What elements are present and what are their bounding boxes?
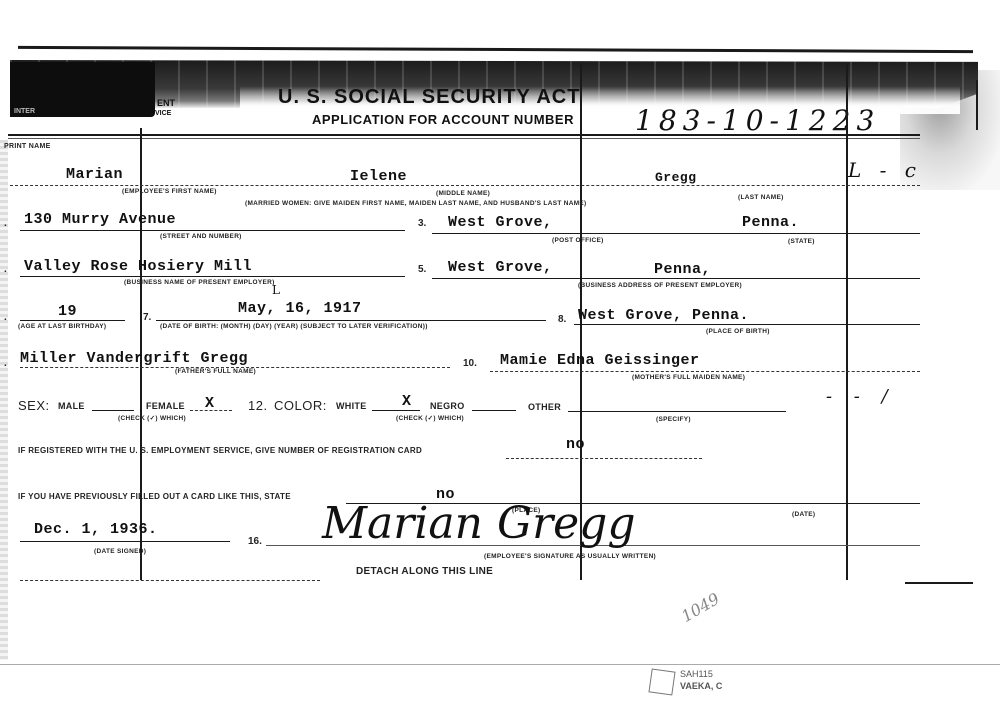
father-value: Miller Vandergrift Gregg	[20, 350, 248, 367]
street-caption: (STREET AND NUMBER)	[160, 233, 242, 240]
post-office-line	[432, 233, 920, 234]
post-office-value: West Grove,	[448, 214, 553, 231]
date-signed-line	[20, 541, 230, 542]
print-name-label: PRINT NAME	[4, 143, 51, 150]
signature-value: Marian Gregg	[322, 498, 636, 549]
color-caption: (CHECK (✓) WHICH)	[396, 414, 464, 422]
registration-line	[506, 458, 702, 459]
field-16-number: 16.	[248, 536, 262, 547]
negro-checkbox-line[interactable]	[472, 410, 516, 411]
field-3-number: 3.	[418, 218, 426, 229]
employer-address-state: Penna,	[654, 261, 711, 278]
field-7-number: 7.	[143, 312, 151, 323]
field-4-number: .	[4, 264, 7, 275]
age-value: 19	[58, 303, 77, 320]
street-line	[20, 230, 405, 231]
field-5-number: 5.	[418, 264, 426, 275]
middle-name-caption: (MIDDLE NAME)	[436, 190, 490, 197]
female-checkbox-line	[190, 410, 232, 411]
employer-address-line	[432, 278, 920, 279]
dob-caption: (DATE OF BIRTH: (MONTH) (DAY) (YEAR) (SU…	[160, 323, 428, 330]
specify-caption: (SPECIFY)	[656, 416, 691, 423]
date-signed-value: Dec. 1, 1936.	[34, 521, 158, 538]
mother-value: Mamie Edna Geissinger	[500, 352, 700, 369]
stamp-line-1: SAH115	[680, 669, 713, 679]
color-label: COLOR:	[274, 398, 327, 413]
employer-value: Valley Rose Hosiery Mill	[24, 258, 252, 275]
dob-annotation: L	[272, 283, 280, 297]
age-line	[20, 320, 125, 321]
white-check-value[interactable]: X	[402, 393, 412, 410]
father-caption: (FATHER'S FULL NAME)	[175, 368, 256, 375]
stamp-line-2: VAEKA, C	[680, 681, 722, 691]
state-caption: (STATE)	[788, 238, 815, 245]
color-number: 12.	[248, 398, 268, 413]
last-name-value: Gregg	[655, 170, 697, 185]
date-signed-caption: (DATE SIGNED)	[94, 548, 146, 555]
sex-label: SEX:	[18, 398, 50, 413]
first-name-caption: (EMPLOYEE'S FIRST NAME)	[122, 188, 217, 195]
other-line[interactable]	[568, 411, 786, 412]
field-8-number: 8.	[558, 314, 566, 325]
field-6-number: .	[4, 312, 7, 323]
header-underline	[8, 134, 920, 136]
white-label: WHITE	[336, 401, 367, 411]
employer-caption: (BUSINESS NAME OF PRESENT EMPLOYER)	[124, 279, 275, 286]
other-label: OTHER	[528, 402, 561, 412]
employer-address-caption: (BUSINESS ADDRESS OF PRESENT EMPLOYER)	[578, 282, 742, 289]
negro-label: NEGRO	[430, 401, 465, 411]
field-10-number: 10.	[463, 358, 477, 369]
bottom-right-rule	[905, 582, 973, 584]
detach-line-label: DETACH ALONG THIS LINE	[356, 566, 493, 577]
date-caption: (DATE)	[792, 511, 815, 518]
birthplace-caption: (PLACE OF BIRTH)	[706, 328, 770, 335]
registration-label: IF REGISTERED WITH THE U. S. EMPLOYMENT …	[18, 446, 422, 455]
margin-mark-2: - - /	[826, 386, 896, 407]
detach-line	[20, 580, 320, 581]
header-fragment-inter: INTER	[14, 108, 35, 115]
first-name-value: Marian	[66, 166, 123, 183]
dob-value: May, 16, 1917	[238, 300, 362, 317]
dob-line	[156, 320, 546, 321]
archive-stamp-icon	[648, 668, 675, 695]
vertical-rule-edge	[976, 80, 978, 130]
birthplace-value: West Grove, Penna.	[578, 307, 749, 324]
married-women-note: (MARRIED WOMEN: GIVE MAIDEN FIRST NAME, …	[245, 200, 587, 207]
header-underline-2	[8, 138, 920, 139]
top-border	[18, 46, 973, 53]
account-number: 183-10-1223	[635, 104, 880, 137]
header-fragment-ent: ENT	[157, 98, 175, 108]
field-9-number: .	[4, 358, 7, 369]
mother-caption: (MOTHER'S FULL MAIDEN NAME)	[632, 374, 745, 381]
birthplace-line	[574, 324, 920, 325]
sex-caption: (CHECK (✓) WHICH)	[118, 414, 186, 422]
margin-mark-1: L - c	[848, 158, 922, 182]
male-label: MALE	[58, 401, 85, 411]
form-title: U. S. SOCIAL SECURITY ACT	[278, 86, 580, 109]
field-2-number: .	[4, 218, 7, 229]
name-line	[10, 185, 920, 186]
age-caption: (AGE AT LAST BIRTHDAY)	[18, 323, 106, 330]
post-office-caption: (POST OFFICE)	[552, 237, 604, 244]
employer-line	[20, 276, 405, 277]
form-subtitle: APPLICATION FOR ACCOUNT NUMBER	[312, 112, 574, 127]
last-name-caption: (LAST NAME)	[738, 194, 784, 201]
female-label: FEMALE	[146, 401, 185, 411]
previous-card-label: IF YOU HAVE PREVIOUSLY FILLED OUT A CARD…	[18, 492, 291, 501]
pencil-note: 1049	[678, 589, 723, 626]
header-fragment-vice: VICE	[155, 110, 171, 117]
street-value: 130 Murry Avenue	[24, 211, 176, 228]
signature-caption: (EMPLOYEE'S SIGNATURE AS USUALLY WRITTEN…	[484, 553, 656, 560]
registration-value: no	[566, 436, 585, 453]
state-value: Penna.	[742, 214, 799, 231]
white-checkbox-line	[372, 410, 420, 411]
male-checkbox-line[interactable]	[92, 410, 134, 411]
page-bottom-line	[0, 664, 1000, 665]
mother-line	[490, 371, 920, 372]
middle-name-value: Ielene	[350, 168, 407, 185]
employer-address-value: West Grove,	[448, 259, 553, 276]
